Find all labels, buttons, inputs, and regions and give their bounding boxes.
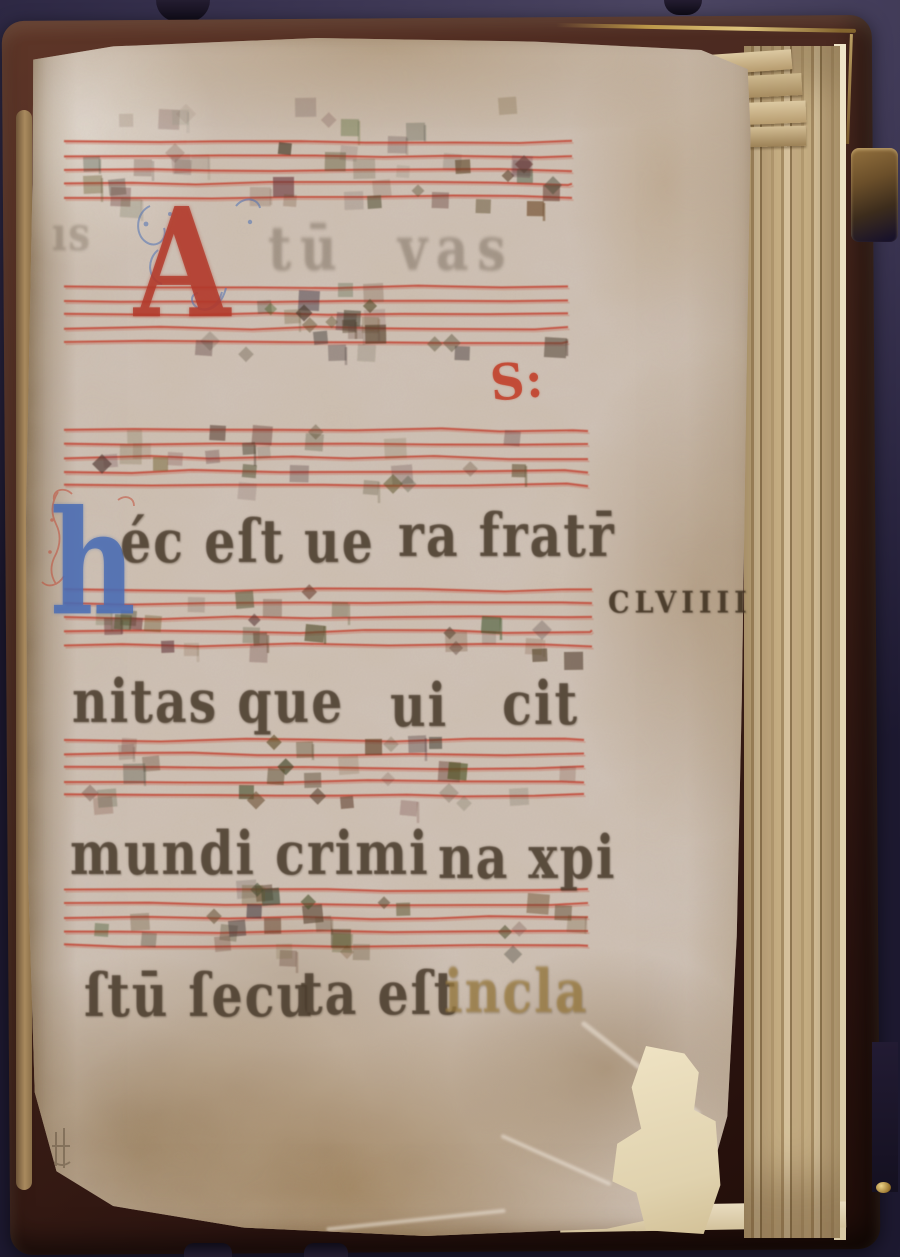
- chant-text-line-3b: ui: [390, 670, 448, 741]
- chant-text-line-4a: mundi crimi: [70, 818, 430, 889]
- cover-boss-bottom-left: [184, 1243, 232, 1257]
- illuminated-initial-a: A: [134, 176, 230, 353]
- chant-text-line-4b: na xpi: [438, 822, 617, 893]
- red-rubric-mark: S:: [488, 351, 546, 413]
- chant-text-line-5c: incla: [444, 956, 588, 1027]
- chant-text-line-5b: ta eſt: [300, 958, 458, 1029]
- chant-text-line-2a: éc eſt ue: [120, 506, 375, 577]
- chant-text-line-2b: ra fratr̄: [398, 500, 616, 571]
- clasp-hinge-lower: [872, 1042, 898, 1192]
- cover-boss-bottom-right: [304, 1243, 348, 1257]
- faded-marginal-letters: ıs: [52, 206, 92, 261]
- folio-number: CLVIIII: [608, 586, 752, 620]
- chant-text-line-3a: nitas que: [72, 666, 344, 737]
- chant-text-line-5a: ſtū ſecu: [84, 960, 314, 1031]
- page-stack-fore-edge: [744, 46, 840, 1238]
- brass-clasp: [851, 148, 898, 242]
- brass-stud: [876, 1182, 891, 1193]
- chant-text-line-3c: cit: [502, 668, 579, 739]
- cover-boss-top-right: [664, 0, 702, 15]
- manuscript-photo: ıs A tū vas S: h éc eſt ue ra fratr̄ nit…: [0, 0, 900, 1257]
- chant-text-line-1: tū vas: [268, 212, 514, 284]
